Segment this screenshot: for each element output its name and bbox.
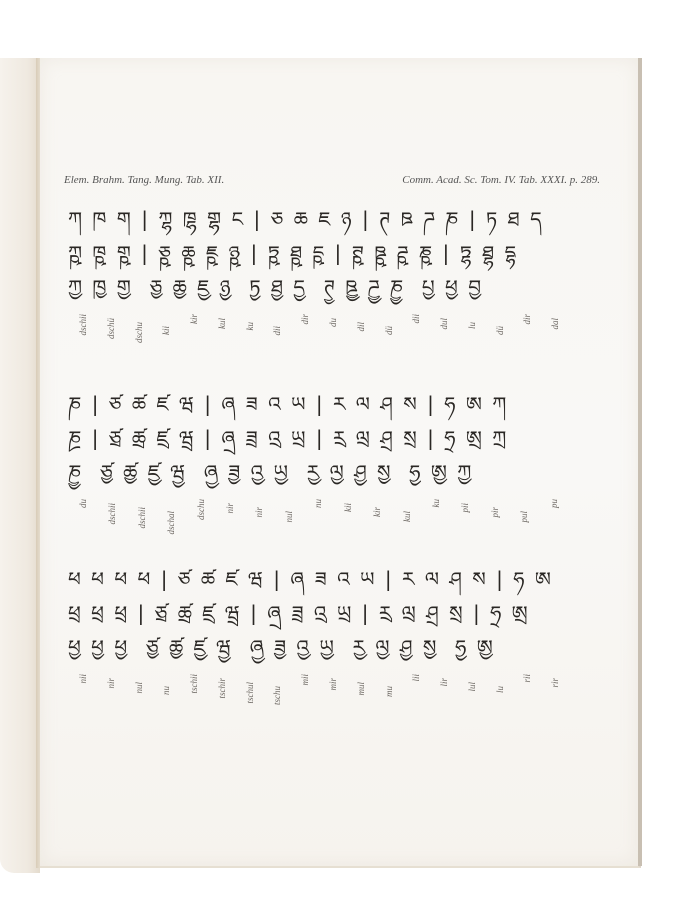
transliteration-label: du	[328, 318, 338, 327]
transliteration-label: ku	[431, 499, 441, 508]
transliteration-label: tschir	[217, 678, 227, 699]
transliteration-label: pul	[519, 511, 529, 523]
transliteration-label: kii	[161, 326, 171, 335]
header-left: Elem. Brahm. Tang. Mung. Tab. XII.	[64, 174, 224, 186]
facing-page-edge	[0, 58, 40, 873]
transliteration-label: lu	[467, 322, 477, 329]
transliteration-label: dul	[439, 318, 449, 330]
header-right: Comm. Acad. Sc. Tom. IV. Tab. XXXI. p. 2…	[402, 174, 600, 186]
plate-page: Elem. Brahm. Tang. Mung. Tab. XII. Comm.…	[40, 58, 641, 868]
transliteration-label: kul	[402, 511, 412, 522]
transliteration-label: kul	[217, 318, 227, 329]
transliteration-label: mul	[356, 682, 366, 696]
transliteration-label: ku	[245, 322, 255, 331]
page-edge	[638, 58, 642, 866]
transliteration-label: du	[78, 499, 88, 508]
transliteration-label: dii	[411, 314, 421, 324]
transliteration-labels: niinirnulnutschiitschirtschultschumiimir…	[68, 674, 588, 734]
transliteration-label: dir	[522, 314, 532, 325]
transliteration-label: dü	[384, 326, 394, 335]
transliteration-label: mir	[328, 678, 338, 691]
transliteration-label: nir	[254, 507, 264, 518]
transliteration-label: dü	[495, 326, 505, 335]
transliteration-labels: dschiidschüdschukiikirkulkudiidirdudildü…	[68, 314, 588, 374]
transliteration-label: dschii	[107, 503, 117, 525]
transliteration-label: pu	[549, 499, 559, 508]
transliteration-label: dschal	[166, 511, 176, 535]
transliteration-label: rir	[550, 678, 560, 688]
transliteration-label: lir	[439, 678, 449, 687]
transliteration-label: dschu	[134, 322, 144, 343]
glyph-section-3: ཕ ཕ ཕ ཕ | ཙ ཚ ཛ ཝ | ཞ ཟ འ ཡ | ར ལ ཤ ས | …	[68, 568, 588, 734]
transliteration-label: tschul	[245, 682, 255, 704]
transliteration-label: kii	[343, 503, 353, 512]
glyph-row: ཎྱ ‌ ཙྱ ཚྱ ཛྱ ཝྱ ‌ ཞྱ ཟྱ འྱ ཡྱ ‌ རྱ ལྱ ཤ…	[68, 461, 588, 495]
transliteration-labels: dudschiidschiidschaldschunirnirnulnukiik…	[68, 499, 588, 559]
transliteration-label: dschii	[137, 507, 147, 529]
glyph-section-1: ཀ ཁ ག | ཀྷ ཁྷ གྷ ང | ཅ ཆ ཇ ཉ | ཊ ཋ ཌ ཎ |…	[68, 208, 588, 374]
transliteration-label: lul	[467, 682, 477, 692]
transliteration-label: lii	[411, 674, 421, 682]
transliteration-label: kir	[189, 314, 199, 324]
transliteration-label: dii	[272, 326, 282, 336]
transliteration-label: dir	[300, 314, 310, 325]
transliteration-label: dschü	[106, 318, 116, 339]
transliteration-label: nir	[225, 503, 235, 514]
transliteration-label: nii	[78, 674, 88, 684]
transliteration-label: tschu	[272, 686, 282, 705]
transliteration-label: nu	[161, 686, 171, 695]
transliteration-label: dschu	[196, 499, 206, 520]
transliteration-label: mii	[300, 674, 310, 686]
transliteration-label: mu	[384, 686, 394, 697]
transliteration-label: nul	[134, 682, 144, 694]
transliteration-label: tschii	[189, 674, 199, 694]
transliteration-label: dil	[356, 322, 366, 332]
transliteration-label: pii	[460, 503, 470, 513]
transliteration-label: dschii	[78, 314, 88, 336]
transliteration-label: kir	[372, 507, 382, 517]
transliteration-label: dal	[550, 318, 560, 330]
transliteration-label: nir	[106, 678, 116, 689]
transliteration-label: pir	[490, 507, 500, 518]
transliteration-label: nu	[313, 499, 323, 508]
transliteration-label: nul	[284, 511, 294, 523]
transliteration-label: rii	[522, 674, 532, 683]
plate-header: Elem. Brahm. Tang. Mung. Tab. XII. Comm.…	[64, 174, 600, 186]
transliteration-label: lu	[495, 686, 505, 693]
glyph-section-2: ཎ | ཙ ཚ ཛ ཝ | ཞ ཟ འ ཡ | ར ལ ཤ ས | ཧ ཨ ཀ …	[68, 393, 588, 559]
